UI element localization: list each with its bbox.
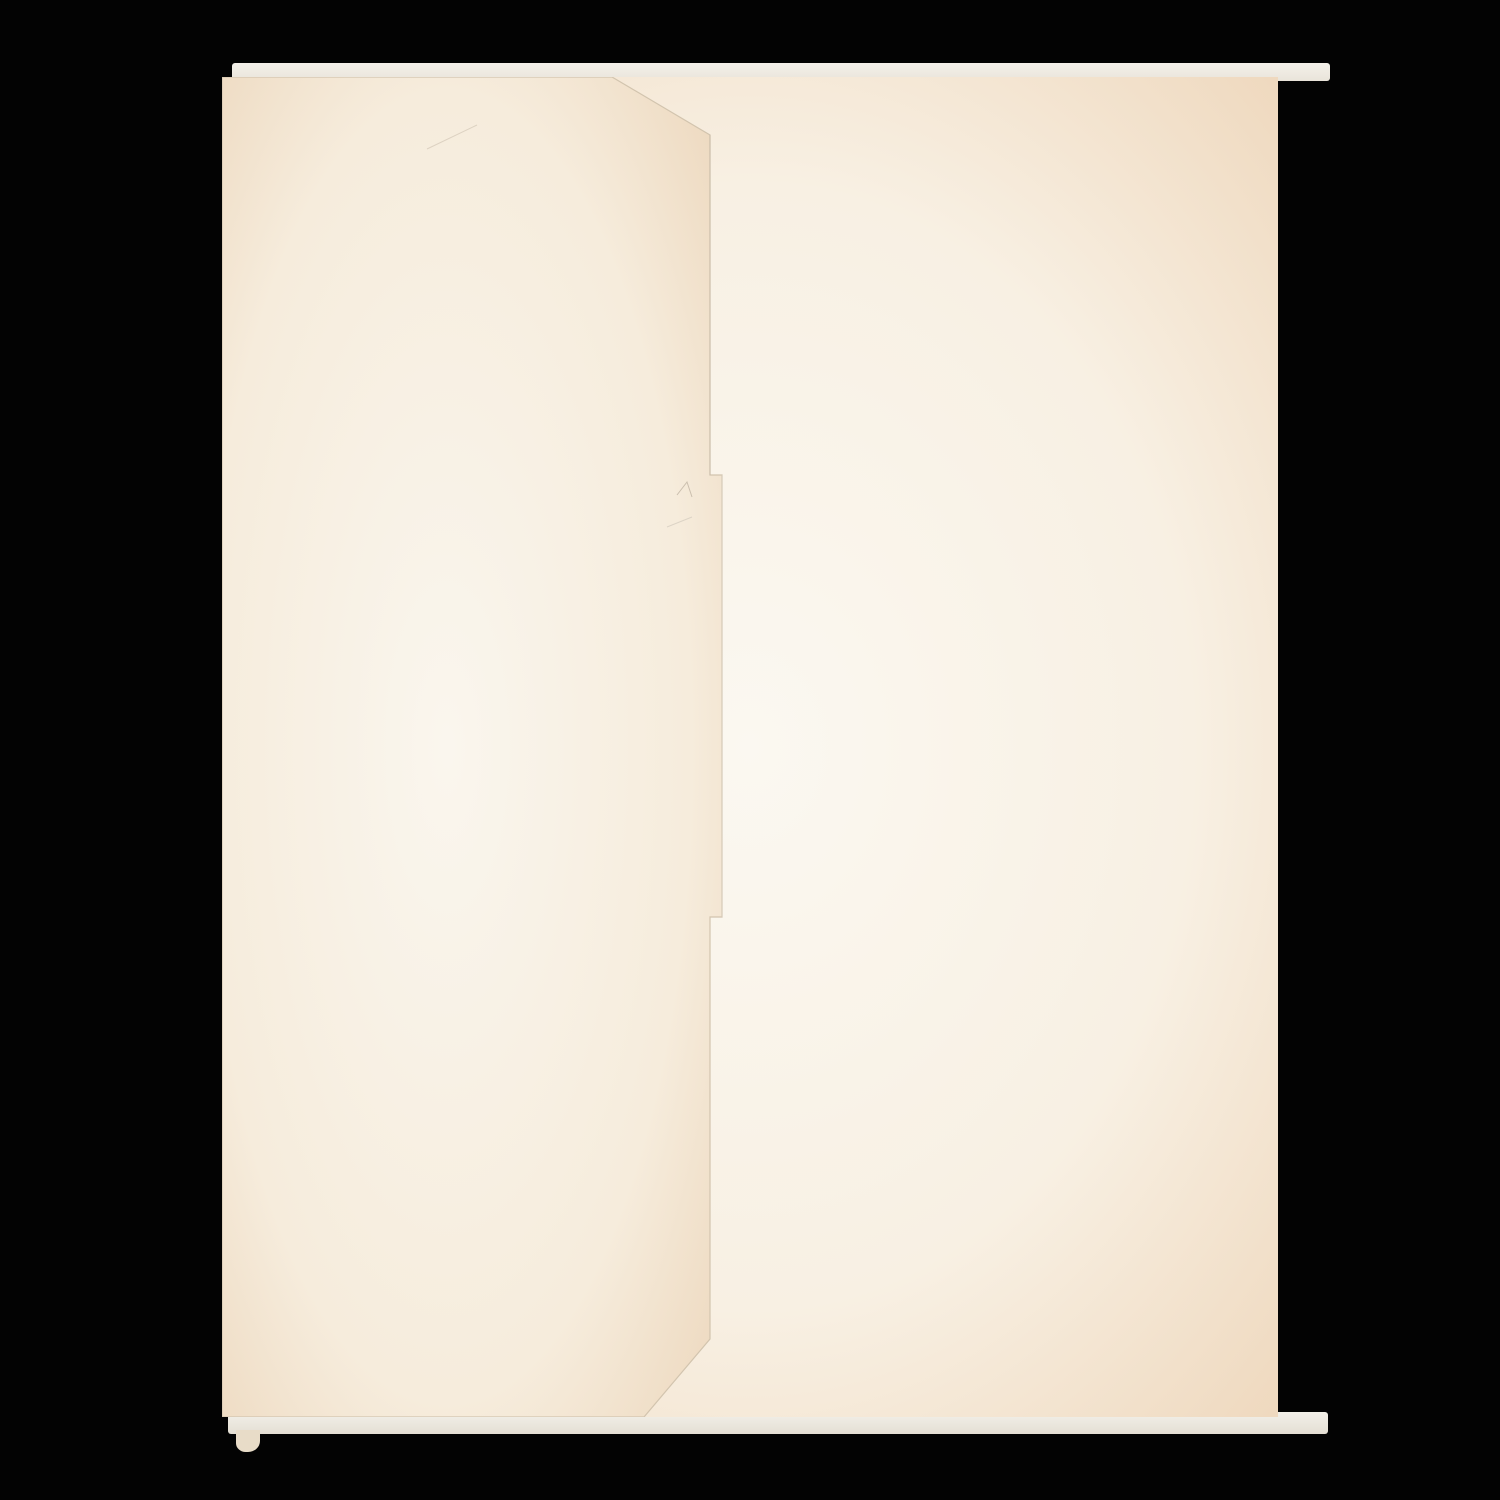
paper-folder [222, 77, 1500, 1417]
photo-background [0, 0, 1500, 1500]
folder-drawing [222, 77, 1278, 1417]
torn-corner [236, 1430, 260, 1452]
